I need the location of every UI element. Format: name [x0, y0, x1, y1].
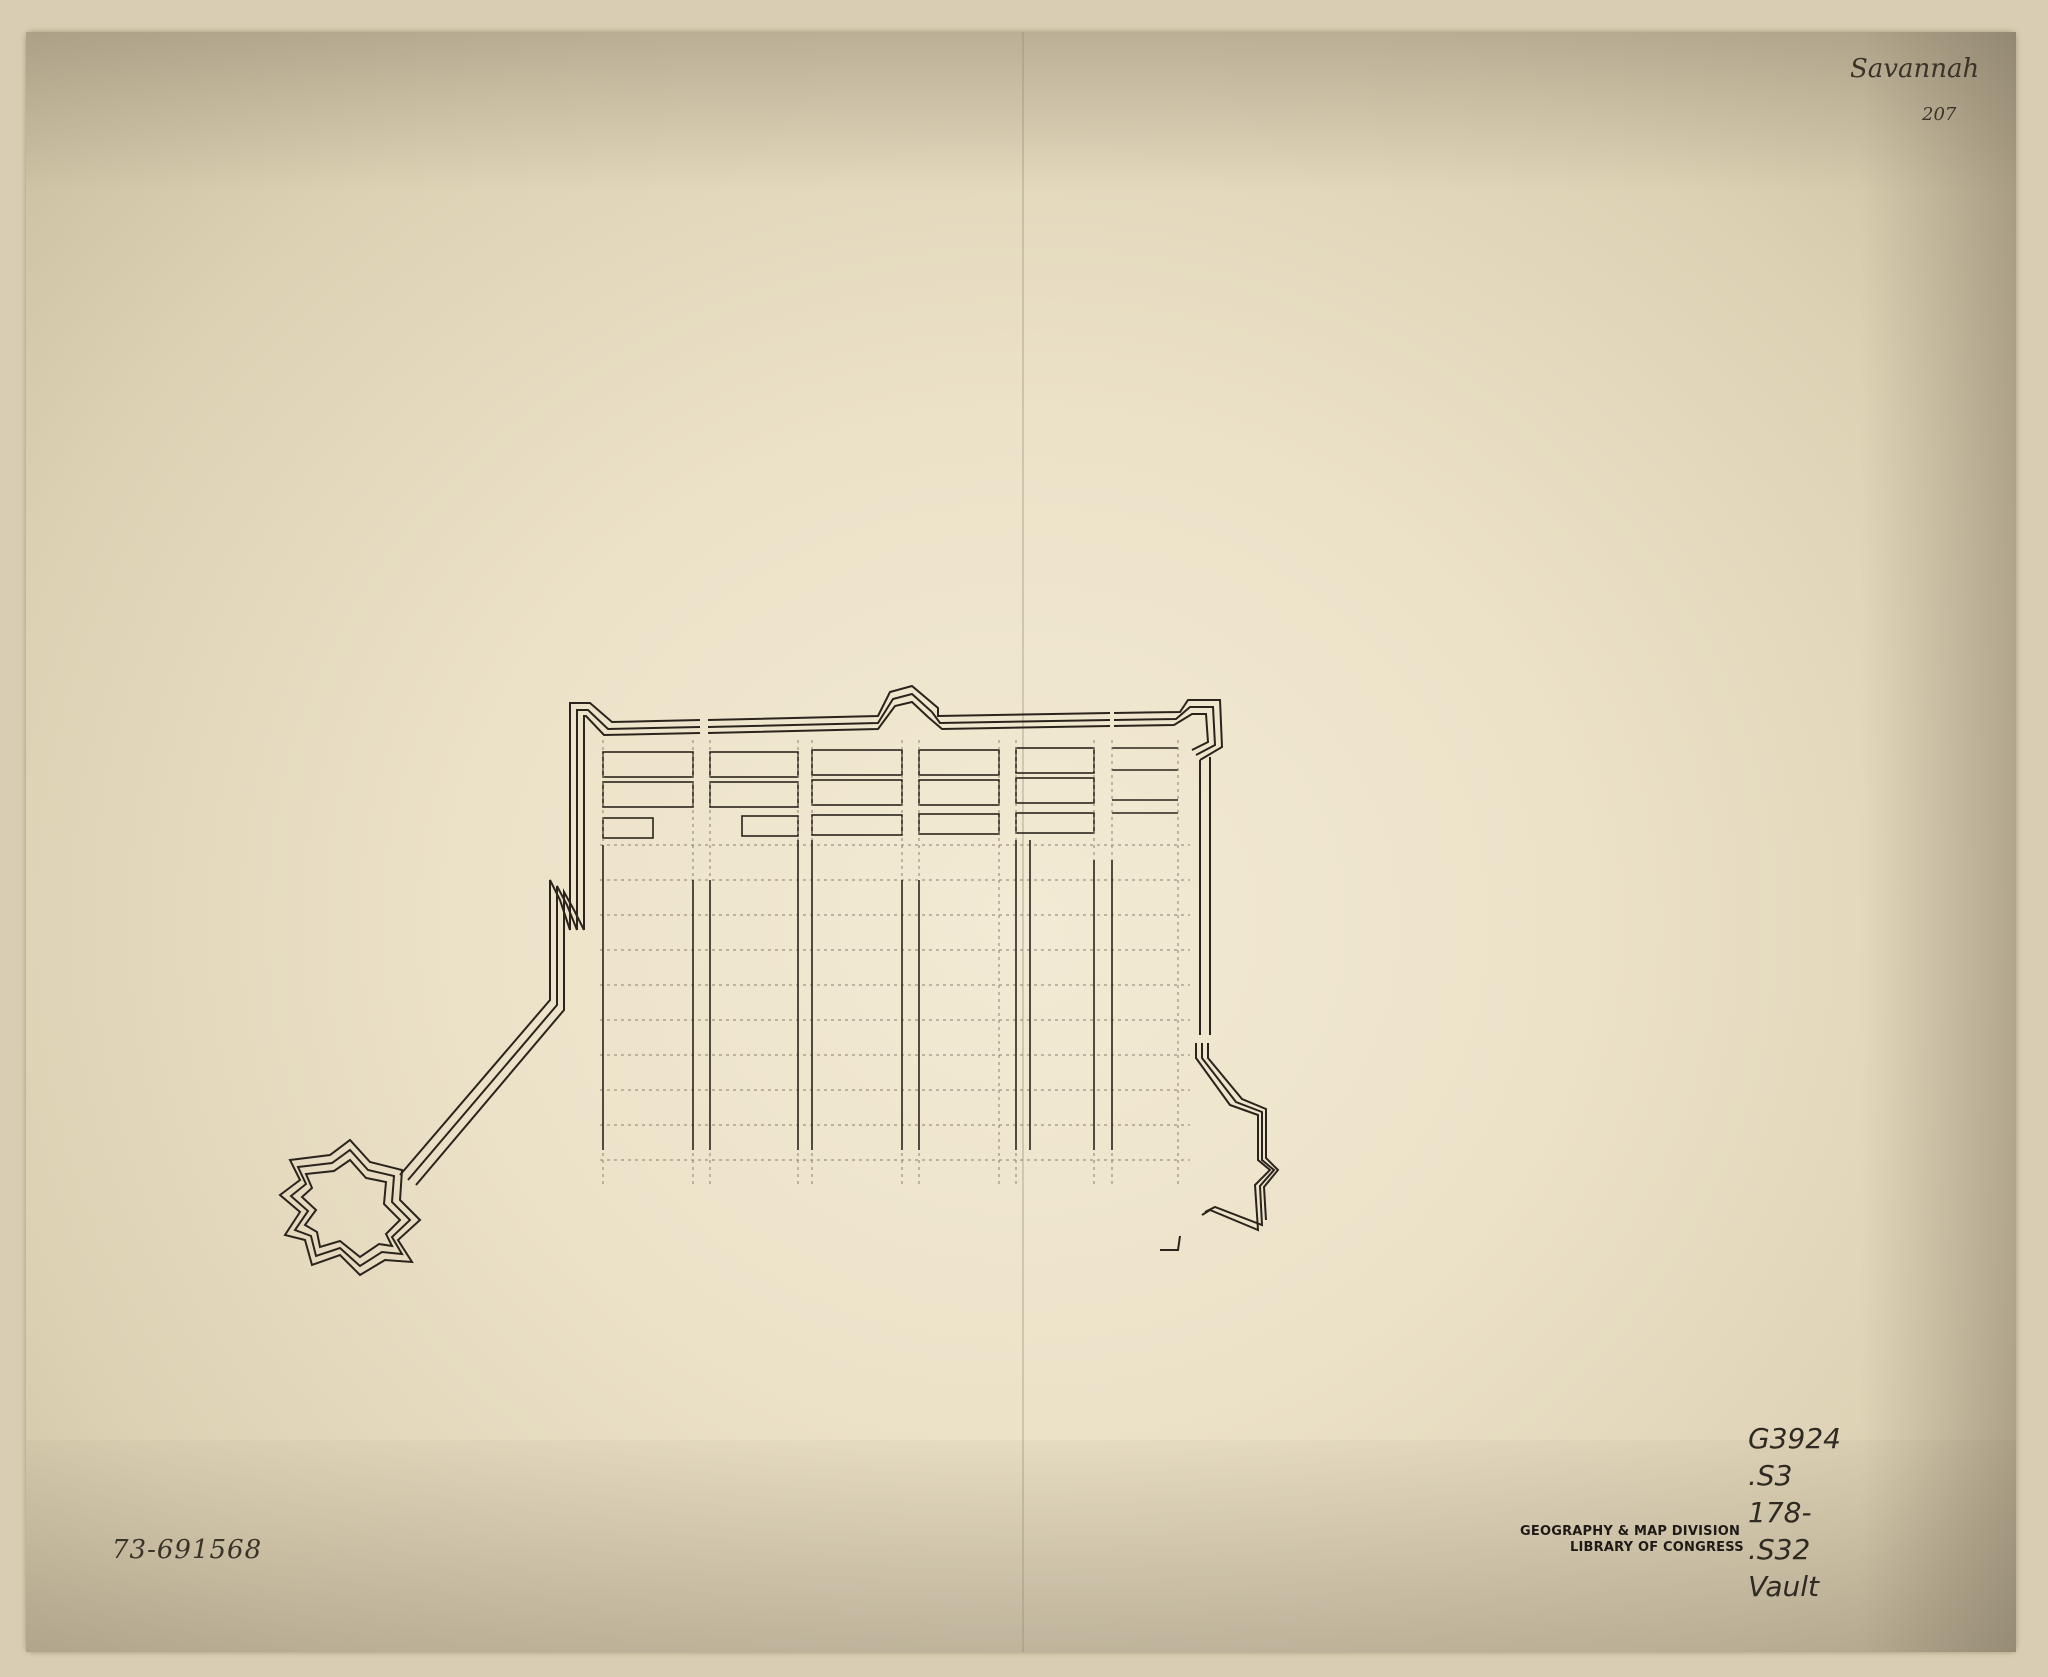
town-wall-north	[570, 686, 1222, 930]
library-stamp: GEOGRAPHY & MAP DIVISION LIBRARY OF CONG…	[1520, 1524, 1744, 1556]
call-number-line: .S32	[1748, 1531, 1841, 1568]
fortification-plan	[0, 0, 2048, 1677]
stamp-line-2: LIBRARY OF CONGRESS	[1520, 1540, 1744, 1556]
west-wall	[400, 880, 584, 1185]
call-number-line: 178-	[1748, 1494, 1841, 1531]
handwritten-sheet-number: 207	[1922, 104, 1956, 125]
star-fort	[280, 1140, 420, 1275]
call-number-line: .S3	[1748, 1457, 1841, 1494]
call-number: G3924 .S3 178- .S32 Vault	[1748, 1420, 1841, 1605]
call-number-line: G3924	[1748, 1420, 1841, 1457]
town-grid	[600, 740, 1190, 1185]
handwritten-title: Savannah	[1850, 54, 1979, 84]
stamp-line-1: GEOGRAPHY & MAP DIVISION	[1520, 1524, 1744, 1540]
accession-number: 73-691568	[112, 1535, 262, 1565]
call-number-line: Vault	[1748, 1568, 1841, 1605]
